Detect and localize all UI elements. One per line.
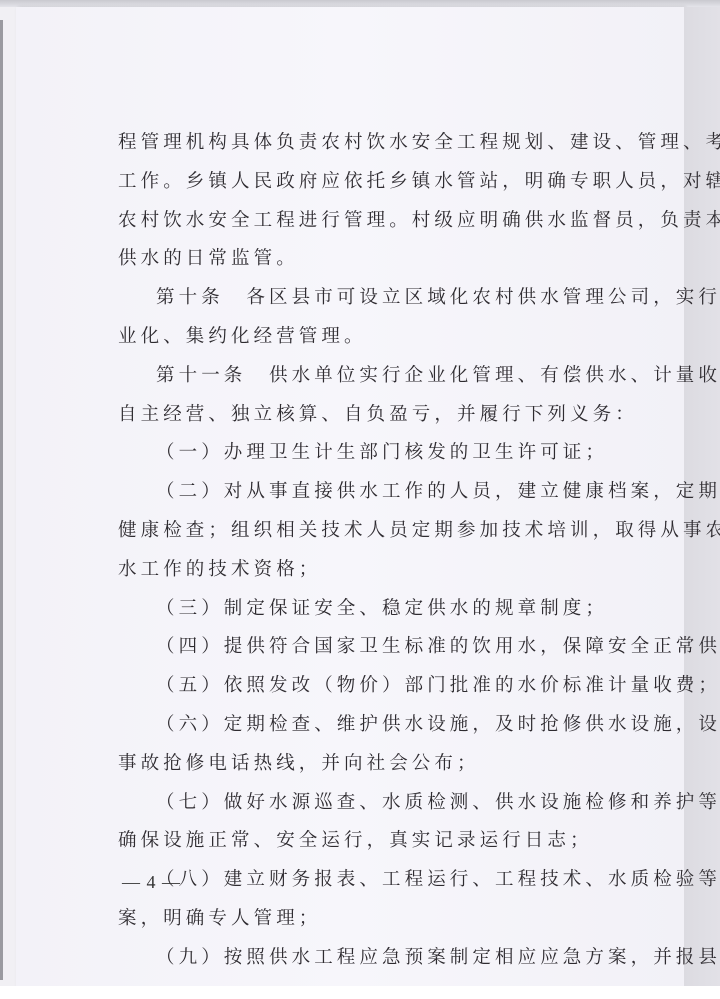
list-item-5: （五）依照发改（物价）部门批准的水价标准计量收费； — [118, 667, 658, 706]
text-line: 农村饮水安全工程进行管理。村级应明确供水监督员，负责本村 — [118, 202, 658, 241]
list-item-6: （六）定期检查、维护供水设施，及时抢修供水设施，设立供水 — [118, 706, 658, 745]
document-body: 程管理机构具体负责农村饮水安全工程规划、建设、管理、考核等 工作。乡镇人民政府应… — [118, 124, 658, 978]
article-11-heading-line: 第十一条 供水单位实行企业化管理、有偿供水、计量收费、 — [118, 357, 658, 396]
text-line: 事故抢修电话热线，并向社会公布； — [118, 745, 658, 784]
list-item-2: （二）对从事直接供水工作的人员，建立健康档案，定期进行 — [118, 473, 658, 512]
text-line: 健康检查；组织相关技术人员定期参加技术培训，取得从事农村供 — [118, 512, 658, 551]
text-line: 供水的日常监管。 — [118, 240, 658, 279]
list-item-7: （七）做好水源巡查、水质检测、供水设施检修和养护等工作， — [118, 784, 658, 823]
list-item-8: （八）建立财务报表、工程运行、工程技术、水质检验等相关档 — [118, 861, 658, 900]
text-line: 程管理机构具体负责农村饮水安全工程规划、建设、管理、考核等 — [118, 124, 658, 163]
scan-left-shadow — [0, 20, 3, 980]
text-line: 水工作的技术资格； — [118, 551, 658, 590]
article-10-heading-line: 第十条 各区县市可设立区域化农村供水管理公司，实行专 — [118, 279, 658, 318]
list-item-9: （九）按照供水工程应急预案制定相应应急方案，并报县级水 — [118, 939, 658, 978]
list-item-3: （三）制定保证安全、稳定供水的规章制度； — [118, 590, 658, 629]
page-number: — 4 — — [122, 872, 181, 893]
text-line: 案，明确专人管理； — [118, 900, 658, 939]
scan-bottom-edge — [0, 986, 720, 999]
text-line: 业化、集约化经营管理。 — [118, 318, 658, 357]
scan-top-edge — [0, 0, 720, 7]
list-item-1: （一）办理卫生计生部门核发的卫生许可证； — [118, 434, 658, 473]
list-item-4: （四）提供符合国家卫生标准的饮用水，保障安全正常供水； — [118, 628, 658, 667]
text-line: 工作。乡镇人民政府应依托乡镇水管站，明确专职人员，对辖区内 — [118, 163, 658, 202]
text-line: 确保设施正常、安全运行，真实记录运行日志； — [118, 822, 658, 861]
text-line: 自主经营、独立核算、自负盈亏，并履行下列义务： — [118, 396, 658, 435]
